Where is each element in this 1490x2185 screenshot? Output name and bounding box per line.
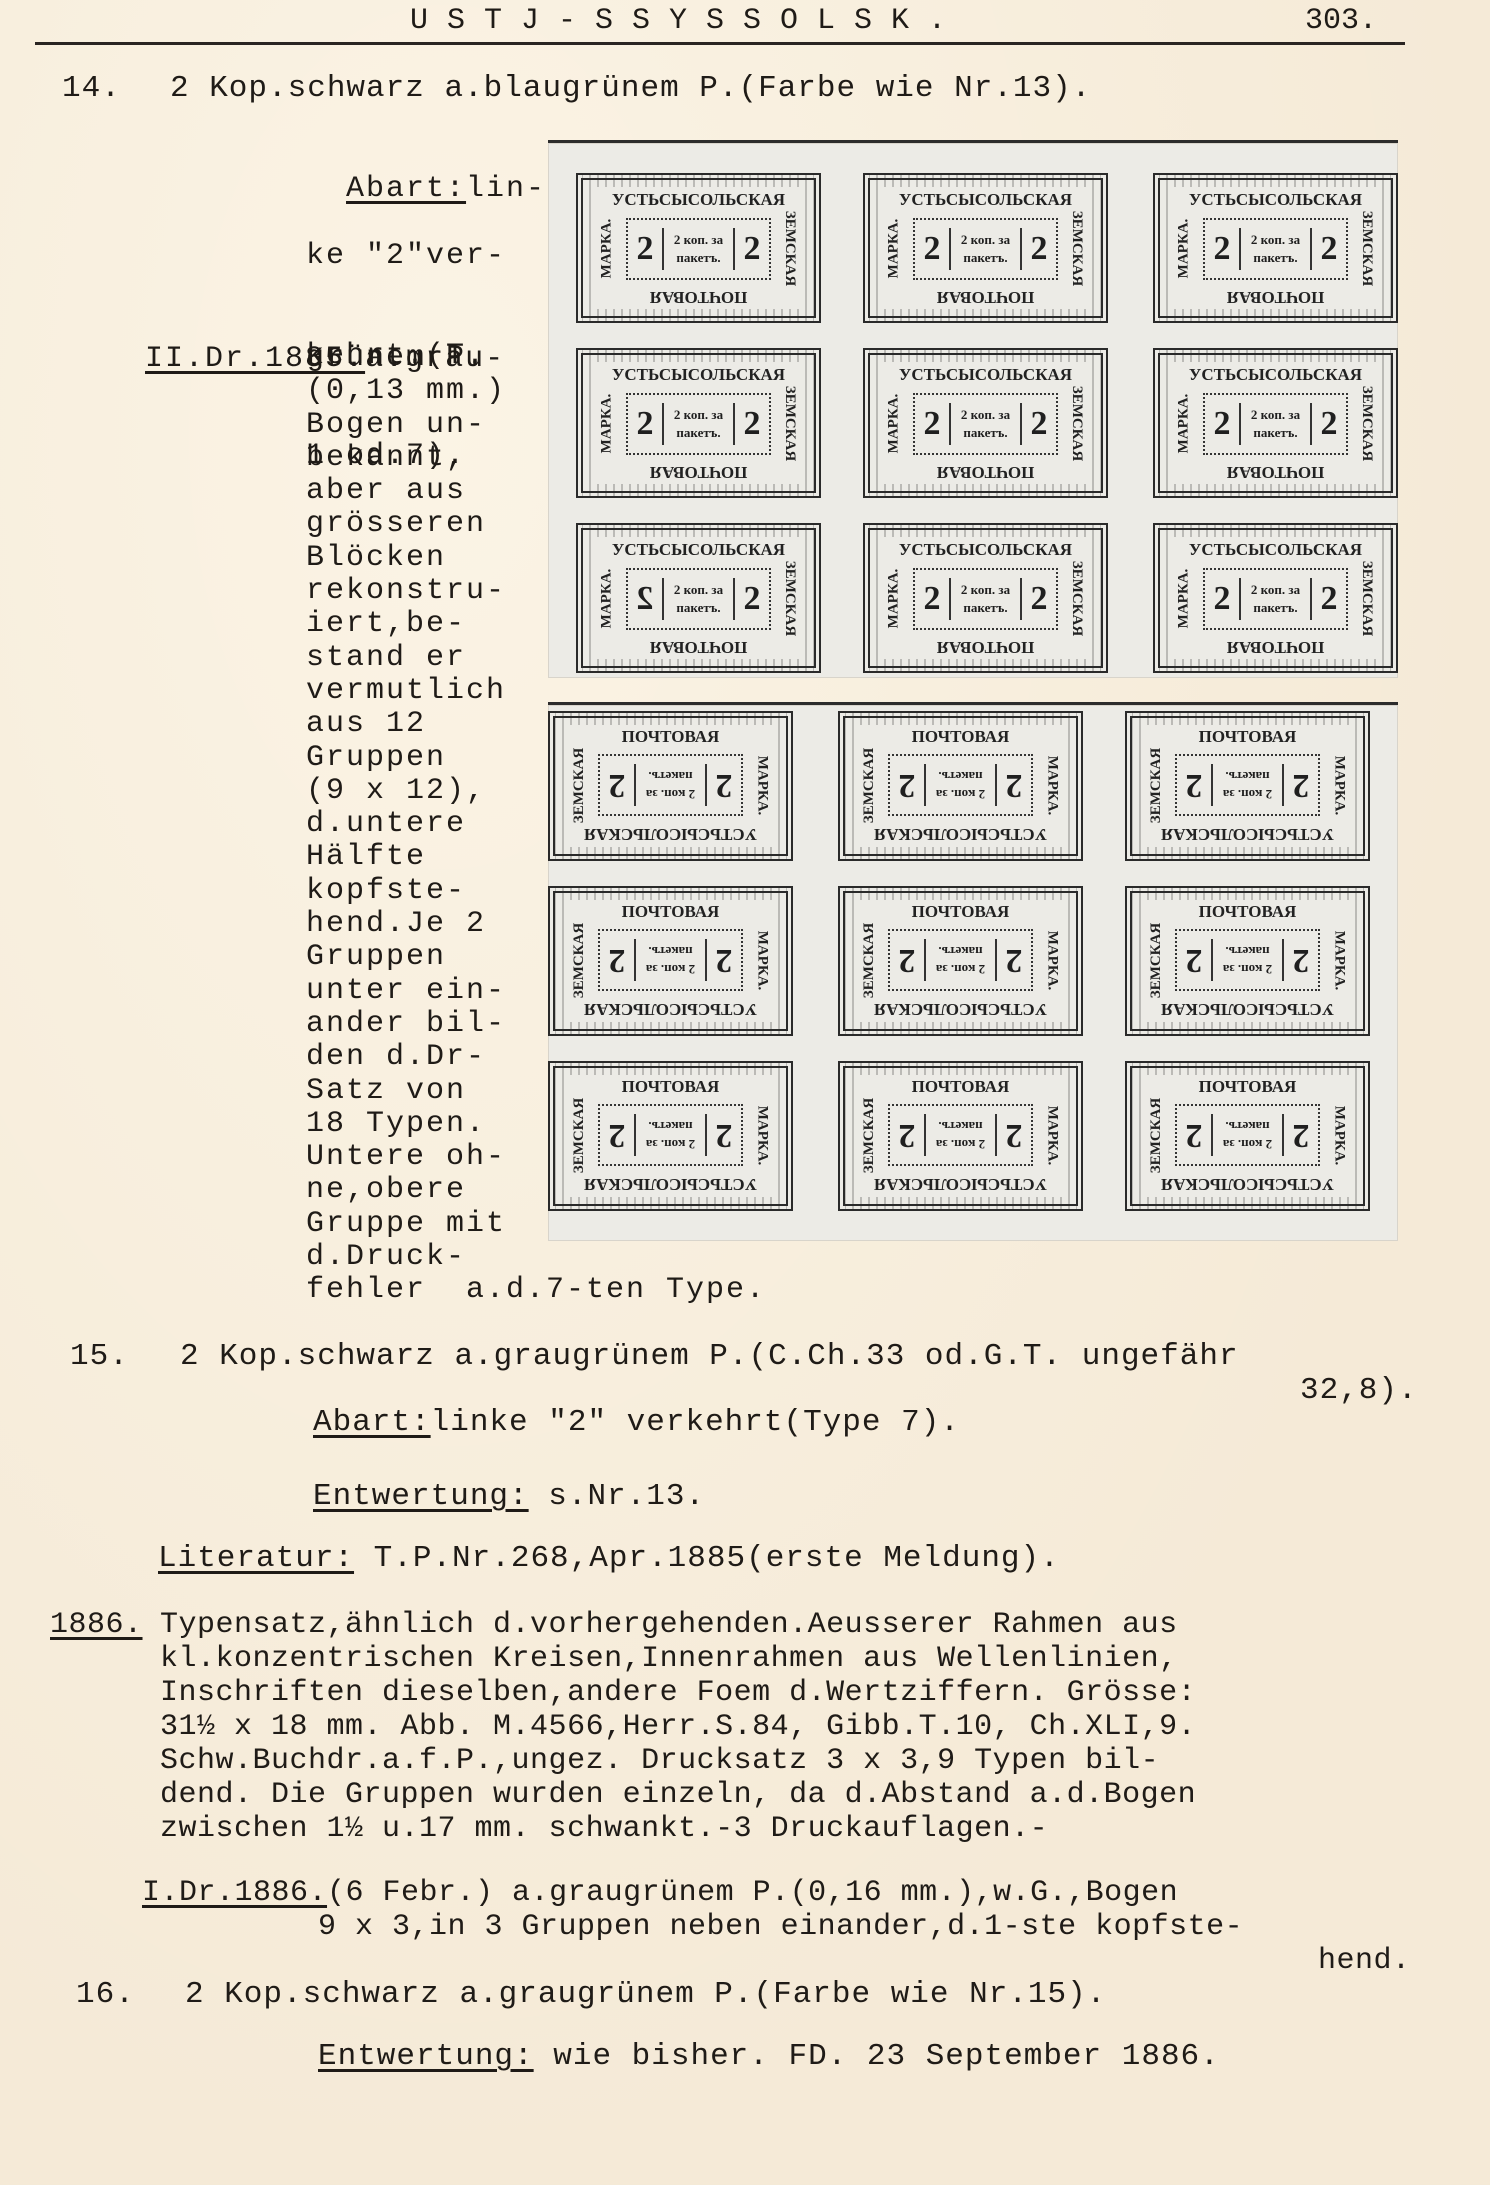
entry-16-description: 2 Kop.schwarz a.graugrünem P.(Farbe wie …	[185, 1978, 1106, 2011]
stamp-inscription-top: УСТЬСЫСОЛЬСКАЯ	[576, 999, 765, 1019]
stamp-inscription-right: ЗЕМСКАЯ	[1145, 711, 1167, 861]
druck-1886-line3: hend.	[1318, 1944, 1411, 1978]
entry-15-entwertung: Entwertung: s.Nr.13.	[313, 1480, 705, 1513]
stamp-value-text: 2 коп. за пакетъ.	[634, 939, 707, 981]
stamp-value-text: 2 коп. за пакетъ.	[924, 1114, 997, 1156]
stamp-value-digit-right: 2	[1312, 580, 1346, 618]
section-1886-line: Schw.Buchdr.a.f.P.,ungez. Drucksatz 3 x …	[160, 1744, 1196, 1778]
stamp-value-box: 2 2 коп. за пакетъ. 2	[626, 393, 771, 455]
stamp-inscription-bottom: ПОЧТОВАЯ	[866, 902, 1055, 922]
section-1886-body: Typensatz,ähnlich d.vorhergehenden.Aeuss…	[160, 1608, 1196, 1846]
entry-14-number: 14.	[62, 72, 121, 105]
stamp-inscription-top: УСТЬСЫСОЛЬСКАЯ	[604, 540, 793, 560]
stamp-inscription-right: ЗЕМСКАЯ	[568, 1061, 590, 1211]
stamp-inscription-right: ЗЕМСКАЯ	[858, 711, 880, 861]
stamp: УСТЬСЫСОЛЬСКАЯ ПОЧТОВАЯ МАРКА. ЗЕМСКАЯ 2…	[1153, 523, 1398, 673]
stamp-inscription-top: УСТЬСЫСОЛЬСКАЯ	[1181, 365, 1370, 385]
stamp-inscription-right: ЗЕМСКАЯ	[1066, 348, 1088, 498]
stamp-value-box: 2 2 коп. за пакетъ. 2	[1203, 393, 1348, 455]
section-1886-line: Inschriften dieselben,andere Foem d.Wert…	[160, 1676, 1196, 1710]
stamp-inscription-right: ЗЕМСКАЯ	[1066, 523, 1088, 673]
stamp-sheet-lower-inverted: УСТЬСЫСОЛЬСКАЯ ПОЧТОВАЯ МАРКА. ЗЕМСКАЯ 2…	[548, 702, 1398, 1241]
stamp-inscription-top: УСТЬСЫСОЛЬСКАЯ	[1153, 999, 1342, 1019]
stamp-value-digit-left: 2	[1284, 1116, 1318, 1154]
stamp-inscription-left: МАРКА.	[883, 523, 905, 673]
section-1886-year: 1886.	[50, 1608, 143, 1642]
stamp-inscription-left: МАРКА.	[1328, 1061, 1350, 1211]
section-1886-line: zwischen 1½ u.17 mm. schwankt.-3 Druckau…	[160, 1812, 1196, 1846]
stamp-value-digit-right: 2	[1022, 230, 1056, 268]
stamp-inscription-top: УСТЬСЫСОЛЬСКАЯ	[604, 190, 793, 210]
stamp-value-digit-right: 2	[1022, 405, 1056, 443]
stamp-value-box: 2 2 коп. за пакетъ. 2	[913, 393, 1058, 455]
stamp-value-digit-left: 2	[997, 766, 1031, 804]
stamp-value-digit-right: 2	[890, 766, 924, 804]
stamp-inscription-bottom: ПОЧТОВАЯ	[866, 727, 1055, 747]
stamp-inscription-left: МАРКА.	[751, 1061, 773, 1211]
stamp-inscription-right: ЗЕМСКАЯ	[779, 173, 801, 323]
stamp-value-digit-right: 2	[735, 405, 769, 443]
stamp-inscription-right: ЗЕМСКАЯ	[1356, 348, 1378, 498]
stamp-inscription-left: МАРКА.	[883, 173, 905, 323]
section-1886-line: dend. Die Gruppen wurden einzeln, da d.A…	[160, 1778, 1196, 1812]
stamp-inscription-bottom: ПОЧТОВАЯ	[1153, 727, 1342, 747]
stamp-value-box: 2 2 коп. за пакетъ. 2	[598, 929, 743, 991]
entry-15-description: 2 Kop.schwarz a.graugrünem P.(C.Ch.33 od…	[180, 1340, 1239, 1373]
stamp-value-box: 2 2 коп. за пакетъ. 2	[598, 1104, 743, 1166]
druck-1886-label: I.Dr.1886.	[142, 1876, 327, 1910]
stamp-value-text: 2 коп. за пакетъ.	[634, 1114, 707, 1156]
stamp: УСТЬСЫСОЛЬСКАЯ ПОЧТОВАЯ МАРКА. ЗЕМСКАЯ 2…	[576, 173, 821, 323]
stamp-inscription-bottom: ПОЧТОВАЯ	[866, 1077, 1055, 1097]
stamp-value-digit-left: 2	[1205, 580, 1239, 618]
stamp: УСТЬСЫСОЛЬСКАЯ ПОЧТОВАЯ МАРКА. ЗЕМСКАЯ 2…	[548, 711, 793, 861]
stamp-inscription-left: МАРКА.	[1328, 886, 1350, 1036]
entry-15-description-cont: 32,8).	[1300, 1374, 1418, 1407]
abart-line: lin-	[466, 172, 546, 206]
stamp-inscription-top: УСТЬСЫСОЛЬСКАЯ	[866, 824, 1055, 844]
druck-1886-line2: 9 x 3,in 3 Gruppen neben einander,d.1-st…	[318, 1910, 1243, 1944]
stamp-value-digit-right: 2	[600, 941, 634, 979]
stamp-value-digit-right: 2	[1177, 766, 1211, 804]
stamp-value-digit-left: 2	[1205, 405, 1239, 443]
abart-line: ke "2"ver-	[306, 240, 546, 273]
stamp-inscription-left: МАРКА.	[1173, 348, 1195, 498]
stamp-value-box: 2 2 коп. за пакетъ. 2	[626, 218, 771, 280]
stamp-value-digit-right: 2	[600, 766, 634, 804]
stamp: УСТЬСЫСОЛЬСКАЯ ПОЧТОВАЯ МАРКА. ЗЕМСКАЯ 2…	[1125, 1061, 1370, 1211]
stamp-inscription-left: МАРКА.	[1041, 886, 1063, 1036]
stamp: УСТЬСЫСОЛЬСКАЯ ПОЧТОВАЯ МАРКА. ЗЕМСКАЯ 2…	[1153, 173, 1398, 323]
stamp-inscription-left: МАРКА.	[751, 886, 773, 1036]
druck-1885-line: d.Druck-	[306, 1241, 766, 1274]
stamp-value-box: 2 2 коп. за пакетъ. 2	[1175, 754, 1320, 816]
stamp: УСТЬСЫСОЛЬСКАЯ ПОЧТОВАЯ МАРКА. ЗЕМСКАЯ 2…	[863, 348, 1108, 498]
stamp-inscription-bottom: ПОЧТОВАЯ	[604, 287, 793, 307]
stamp-value-digit-right: 2	[735, 580, 769, 618]
stamp-inscription-right: ЗЕМСКАЯ	[779, 348, 801, 498]
abart-label: Abart:	[346, 172, 466, 206]
stamp-value-digit-left: 2	[628, 405, 662, 443]
stamp-value-text: 2 коп. за пакетъ.	[924, 764, 997, 806]
stamp-inscription-bottom: ПОЧТОВАЯ	[604, 462, 793, 482]
section-1886-line: kl.konzentrischen Kreisen,Innenrahmen au…	[160, 1642, 1196, 1676]
section-1886-line: Typensatz,ähnlich d.vorhergehenden.Aeuss…	[160, 1608, 1196, 1642]
stamp-inscription-left: МАРКА.	[596, 173, 618, 323]
page-number: 303.	[1305, 4, 1377, 38]
stamp: УСТЬСЫСОЛЬСКАЯ ПОЧТОВАЯ МАРКА. ЗЕМСКАЯ 2…	[838, 711, 1083, 861]
stamp-value-text: 2 коп. за пакетъ.	[662, 403, 735, 445]
stamp-value-box: 2 2 коп. за пакетъ. 2	[888, 754, 1033, 816]
entwertung-label: Entwertung:	[318, 2039, 534, 2074]
stamp-value-digit-right: 2	[1177, 1116, 1211, 1154]
stamp-value-box: 2 2 коп. за пакетъ. 2	[888, 1104, 1033, 1166]
stamp-inscription-top: УСТЬСЫСОЛЬСКАЯ	[891, 365, 1080, 385]
stamp-value-digit-right: 2	[600, 1116, 634, 1154]
entry-16-entwertung: Entwertung: wie bisher. FD. 23 September…	[318, 2040, 1220, 2073]
stamp-inscription-top: УСТЬСЫСОЛЬСКАЯ	[604, 365, 793, 385]
stamp-value-box: 2 2 коп. за пакетъ. 2	[626, 568, 771, 630]
entry-14-description: 2 Kop.schwarz a.blaugrünem P.(Farbe wie …	[170, 72, 1091, 105]
stamp-value-digit-left: 2	[1205, 230, 1239, 268]
stamp-inscription-top: УСТЬСЫСОЛЬСКАЯ	[1181, 540, 1370, 560]
stamp-value-text: 2 коп. за пакетъ.	[662, 578, 735, 620]
stamp-inscription-top: УСТЬСЫСОЛЬСКАЯ	[1153, 824, 1342, 844]
stamp-inscription-right: ЗЕМСКАЯ	[1356, 173, 1378, 323]
header-rule	[35, 42, 1405, 45]
stamp-inscription-right: ЗЕМСКАЯ	[1356, 523, 1378, 673]
stamp-inscription-left: МАРКА.	[1173, 173, 1195, 323]
stamp-inscription-bottom: ПОЧТОВАЯ	[576, 727, 765, 747]
stamp: УСТЬСЫСОЛЬСКАЯ ПОЧТОВАЯ МАРКА. ЗЕМСКАЯ 2…	[1125, 886, 1370, 1036]
stamp-inscription-top: УСТЬСЫСОЛЬСКАЯ	[891, 540, 1080, 560]
stamp-value-box: 2 2 коп. за пакетъ. 2	[1175, 1104, 1320, 1166]
section-1886-line: 31½ x 18 mm. Abb. M.4566,Herr.S.84, Gibb…	[160, 1710, 1196, 1744]
stamp-inscription-bottom: ПОЧТОВАЯ	[1181, 637, 1370, 657]
stamp-value-digit-left: 2	[1284, 941, 1318, 979]
stamp-inscription-bottom: ПОЧТОВАЯ	[604, 637, 793, 657]
stamp-inscription-bottom: ПОЧТОВАЯ	[891, 637, 1080, 657]
stamp-value-box: 2 2 коп. за пакетъ. 2	[913, 568, 1058, 630]
stamp-sheet-upper: УСТЬСЫСОЛЬСКАЯ ПОЧТОВАЯ МАРКА. ЗЕМСКАЯ 2…	[548, 140, 1398, 678]
druck-1885-line: fehler a.d.7-ten Type.	[306, 1274, 766, 1307]
literatur-label: Literatur:	[158, 1541, 354, 1576]
stamp-value-digit-left: 2	[915, 580, 949, 618]
stamp: УСТЬСЫСОЛЬСКАЯ ПОЧТОВАЯ МАРКА. ЗЕМСКАЯ 2…	[548, 1061, 793, 1211]
stamp-value-digit-right: 2	[1177, 941, 1211, 979]
stamp-value-digit-left: 2	[707, 1116, 741, 1154]
entry-15-literatur: Literatur: T.P.Nr.268,Apr.1885(erste Mel…	[158, 1542, 1060, 1575]
stamp-value-text: 2 коп. за пакетъ.	[1239, 403, 1312, 445]
stamp-value-digit-left: 2	[628, 230, 662, 268]
stamp-inscription-top: УСТЬСЫСОЛЬСКАЯ	[866, 999, 1055, 1019]
stamp: УСТЬСЫСОЛЬСКАЯ ПОЧТОВАЯ МАРКА. ЗЕМСКАЯ 2…	[863, 173, 1108, 323]
stamp-value-box: 2 2 коп. за пакетъ. 2	[1175, 929, 1320, 991]
stamp-value-text: 2 коп. за пакетъ.	[1211, 764, 1284, 806]
stamp-inscription-left: МАРКА.	[751, 711, 773, 861]
stamp-inscription-left: МАРКА.	[1041, 1061, 1063, 1211]
stamp-inscription-bottom: ПОЧТОВАЯ	[1153, 1077, 1342, 1097]
stamp-value-text: 2 коп. за пакетъ.	[1239, 228, 1312, 270]
stamp-inscription-left: МАРКА.	[596, 348, 618, 498]
stamp-value-text: 2 коп. за пакетъ.	[662, 228, 735, 270]
stamp-inscription-right: ЗЕМСКАЯ	[1145, 1061, 1167, 1211]
stamp-value-text: 2 коп. за пакетъ.	[949, 228, 1022, 270]
stamp-value-digit-right: 2	[890, 1116, 924, 1154]
stamp-value-box: 2 2 коп. за пакетъ. 2	[913, 218, 1058, 280]
stamp-inscription-bottom: ПОЧТОВАЯ	[891, 462, 1080, 482]
stamp-inscription-left: МАРКА.	[1173, 523, 1195, 673]
stamp: УСТЬСЫСОЛЬСКАЯ ПОЧТОВАЯ МАРКА. ЗЕМСКАЯ 2…	[863, 523, 1108, 673]
running-header-title: USTJ-SSYSSOLSK.	[410, 4, 965, 38]
stamp-inscription-top: УСТЬСЫСОЛЬСКАЯ	[891, 190, 1080, 210]
stamp-inscription-bottom: ПОЧТОВАЯ	[576, 902, 765, 922]
stamp-value-text: 2 коп. за пакетъ.	[949, 403, 1022, 445]
stamp-value-digit-left: 2	[1284, 766, 1318, 804]
entry-15-abart: Abart:linke "2" verkehrt(Type 7).	[313, 1406, 960, 1439]
stamp: УСТЬСЫСОЛЬСКАЯ ПОЧТОВАЯ МАРКА. ЗЕМСКАЯ 2…	[838, 886, 1083, 1036]
stamp-inscription-bottom: ПОЧТОВАЯ	[576, 1077, 765, 1097]
stamp-inscription-right: ЗЕМСКАЯ	[858, 886, 880, 1036]
stamp-value-digit-left: 2	[915, 405, 949, 443]
stamp-inscription-right: ЗЕМСКАЯ	[779, 523, 801, 673]
stamp-value-text: 2 коп. за пакетъ.	[924, 939, 997, 981]
stamp: УСТЬСЫСОЛЬСКАЯ ПОЧТОВАЯ МАРКА. ЗЕМСКАЯ 2…	[838, 1061, 1083, 1211]
stamp-value-text: 2 коп. за пакетъ.	[1211, 939, 1284, 981]
stamp-value-digit-right: 2	[1312, 405, 1346, 443]
stamp-inscription-bottom: ПОЧТОВАЯ	[1153, 902, 1342, 922]
stamp-inscription-top: УСТЬСЫСОЛЬСКАЯ	[1153, 1174, 1342, 1194]
stamp: УСТЬСЫСОЛЬСКАЯ ПОЧТОВАЯ МАРКА. ЗЕМСКАЯ 2…	[548, 886, 793, 1036]
stamp-value-digit-right: 2	[1312, 230, 1346, 268]
stamp-inscription-top: УСТЬСЫСОЛЬСКАЯ	[866, 1174, 1055, 1194]
stamp-value-text: 2 коп. за пакетъ.	[634, 764, 707, 806]
abart-label: Abart:	[313, 1405, 431, 1440]
stamp-inscription-right: ЗЕМСКАЯ	[1145, 886, 1167, 1036]
stamp-inscription-left: МАРКА.	[1041, 711, 1063, 861]
entry-16-number: 16.	[76, 1978, 135, 2011]
stamp-value-digit-left: 2	[628, 580, 662, 618]
stamp-value-box: 2 2 коп. за пакетъ. 2	[888, 929, 1033, 991]
stamp-inscription-left: МАРКА.	[596, 523, 618, 673]
entry-15-number: 15.	[70, 1340, 129, 1373]
stamp-value-digit-left: 2	[915, 230, 949, 268]
stamp-inscription-right: ЗЕМСКАЯ	[568, 886, 590, 1036]
stamp-value-digit-left: 2	[997, 1116, 1031, 1154]
stamp-value-digit-right: 2	[735, 230, 769, 268]
stamp-inscription-left: МАРКА.	[1328, 711, 1350, 861]
stamp-value-digit-left: 2	[707, 766, 741, 804]
stamp-inscription-bottom: ПОЧТОВАЯ	[1181, 462, 1370, 482]
stamp-value-digit-left: 2	[707, 941, 741, 979]
stamp-value-box: 2 2 коп. за пакетъ. 2	[1203, 568, 1348, 630]
stamp: УСТЬСЫСОЛЬСКАЯ ПОЧТОВАЯ МАРКА. ЗЕМСКАЯ 2…	[1125, 711, 1370, 861]
stamp-value-box: 2 2 коп. за пакетъ. 2	[1203, 218, 1348, 280]
stamp-value-text: 2 коп. за пакетъ.	[1239, 578, 1312, 620]
stamp-inscription-bottom: ПОЧТОВАЯ	[891, 287, 1080, 307]
stamp-value-digit-right: 2	[890, 941, 924, 979]
stamp-inscription-top: УСТЬСЫСОЛЬСКАЯ	[576, 824, 765, 844]
stamp-inscription-bottom: ПОЧТОВАЯ	[1181, 287, 1370, 307]
stamp-value-box: 2 2 коп. за пакетъ. 2	[598, 754, 743, 816]
druck-1886-heading: I.Dr.1886.(6 Febr.) a.graugrünem P.(0,16…	[142, 1876, 1178, 1910]
stamp-inscription-right: ЗЕМСКАЯ	[568, 711, 590, 861]
stamp-inscription-top: УСТЬСЫСОЛЬСКАЯ	[576, 1174, 765, 1194]
stamp: УСТЬСЫСОЛЬСКАЯ ПОЧТОВАЯ МАРКА. ЗЕМСКАЯ 2…	[1153, 348, 1398, 498]
stamp-variety: УСТЬСЫСОЛЬСКАЯ ПОЧТОВАЯ МАРКА. ЗЕМСКАЯ 2…	[576, 523, 821, 673]
stamp: УСТЬСЫСОЛЬСКАЯ ПОЧТОВАЯ МАРКА. ЗЕМСКАЯ 2…	[576, 348, 821, 498]
stamp-inscription-left: МАРКА.	[883, 348, 905, 498]
entwertung-label: Entwertung:	[313, 1479, 529, 1514]
stamp-value-text: 2 коп. за пакетъ.	[1211, 1114, 1284, 1156]
stamp-inscription-right: ЗЕМСКАЯ	[858, 1061, 880, 1211]
stamp-value-text: 2 коп. за пакетъ.	[949, 578, 1022, 620]
stamp-inscription-right: ЗЕМСКАЯ	[1066, 173, 1088, 323]
stamp-value-digit-right: 2	[1022, 580, 1056, 618]
stamp-value-digit-left: 2	[997, 941, 1031, 979]
stamp-inscription-top: УСТЬСЫСОЛЬСКАЯ	[1181, 190, 1370, 210]
